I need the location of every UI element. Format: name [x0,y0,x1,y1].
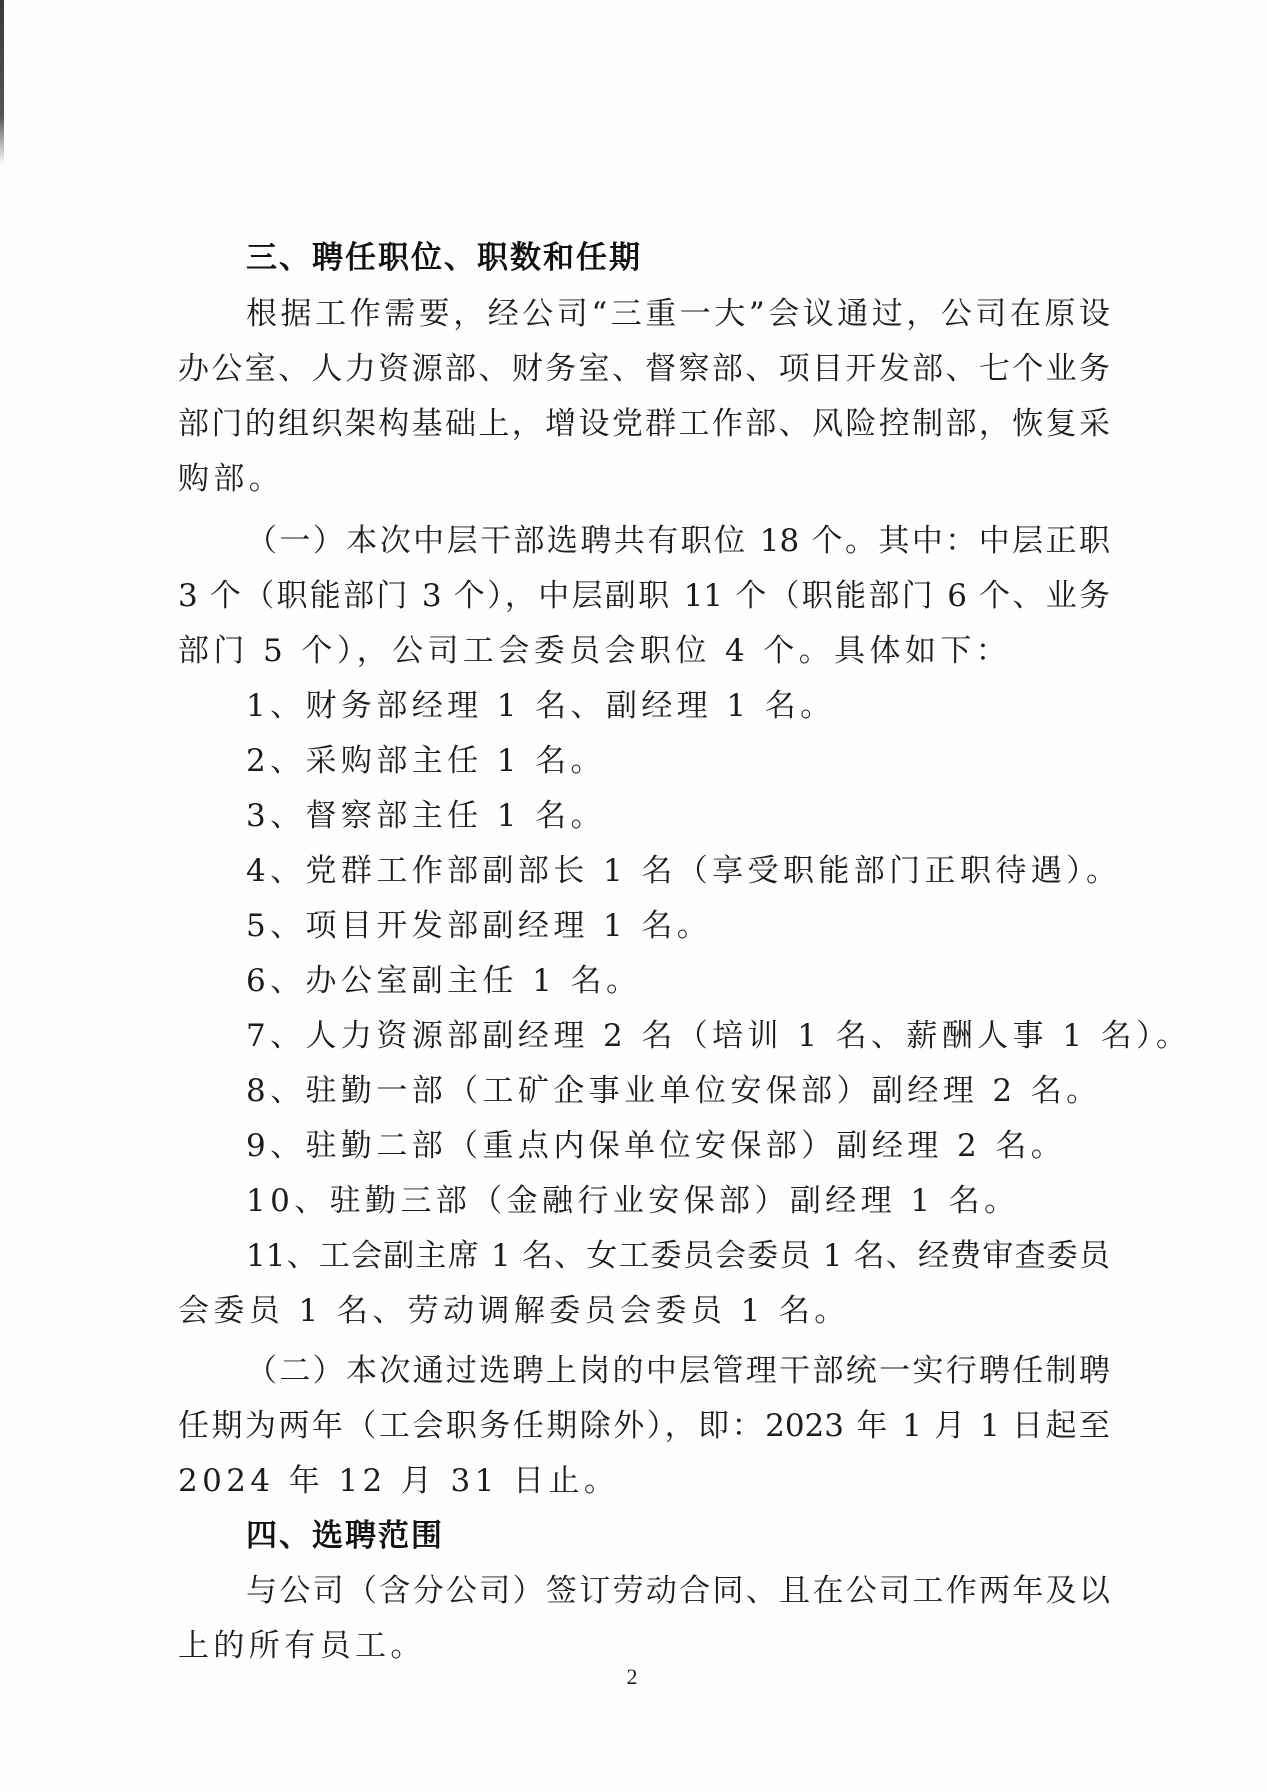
document-page: 三、聘任职位、职数和任期 根据工作需要，经公司“三重一大”会议通过，公司在原设 … [0,0,1267,1792]
position-item: 6、办公室副主任 1 名。 [246,961,1110,1001]
paragraph-line: 上的所有员工。 [178,1626,1110,1666]
position-item: 8、驻勤一部（工矿企事业单位安保部）副经理 2 名。 [246,1071,1110,1111]
paragraph-line: 办公室、人力资源部、财务室、督察部、项目开发部、七个业务 [178,349,1110,389]
section-3-heading: 三、聘任职位、职数和任期 [246,238,1178,278]
page-number: 2 [622,1664,642,1690]
paragraph-line: （一）本次中层干部选聘共有职位 18 个。其中：中层正职 [246,521,1110,561]
position-item: 4、党群工作部副部长 1 名（享受职能部门正职待遇）。 [246,851,1110,891]
paragraph-line: 购部。 [178,459,1110,499]
paragraph-line: 任期为两年（工会职务任期除外），即：2023 年 1 月 1 日起至 [178,1406,1110,1446]
paragraph-line: 部门 5 个），公司工会委员会职位 4 个。具体如下： [178,631,1110,671]
position-item: 11、工会副主席 1 名、女工委员会委员 1 名、经费审查委员 [246,1236,1110,1276]
position-item: 2、采购部主任 1 名。 [246,741,1110,781]
paragraph-line: 与公司（含分公司）签订劳动合同、且在公司工作两年及以 [246,1571,1110,1611]
paragraph-line: 3 个（职能部门 3 个），中层副职 11 个（职能部门 6 个、业务 [178,576,1110,616]
section-4-heading: 四、选聘范围 [246,1516,1178,1556]
paragraph-line: 2024 年 12 月 31 日止。 [178,1461,1110,1501]
position-item: 10、驻勤三部（金融行业安保部）副经理 1 名。 [246,1181,1110,1221]
position-item: 会委员 1 名、劳动调解委员会委员 1 名。 [178,1291,1110,1331]
position-item: 7、人力资源部副经理 2 名（培训 1 名、薪酬人事 1 名）。 [246,1016,1110,1056]
position-item: 5、项目开发部副经理 1 名。 [246,906,1110,946]
scan-edge-shadow [0,0,4,165]
paragraph-line: （二）本次通过选聘上岗的中层管理干部统一实行聘任制聘 [246,1351,1110,1391]
paragraph-line: 部门的组织架构基础上，增设党群工作部、风险控制部，恢复采 [178,404,1110,444]
position-item: 3、督察部主任 1 名。 [246,796,1110,836]
paragraph-line: 根据工作需要，经公司“三重一大”会议通过，公司在原设 [246,294,1110,334]
position-item: 9、驻勤二部（重点内保单位安保部）副经理 2 名。 [246,1126,1110,1166]
position-item: 1、财务部经理 1 名、副经理 1 名。 [246,686,1110,726]
